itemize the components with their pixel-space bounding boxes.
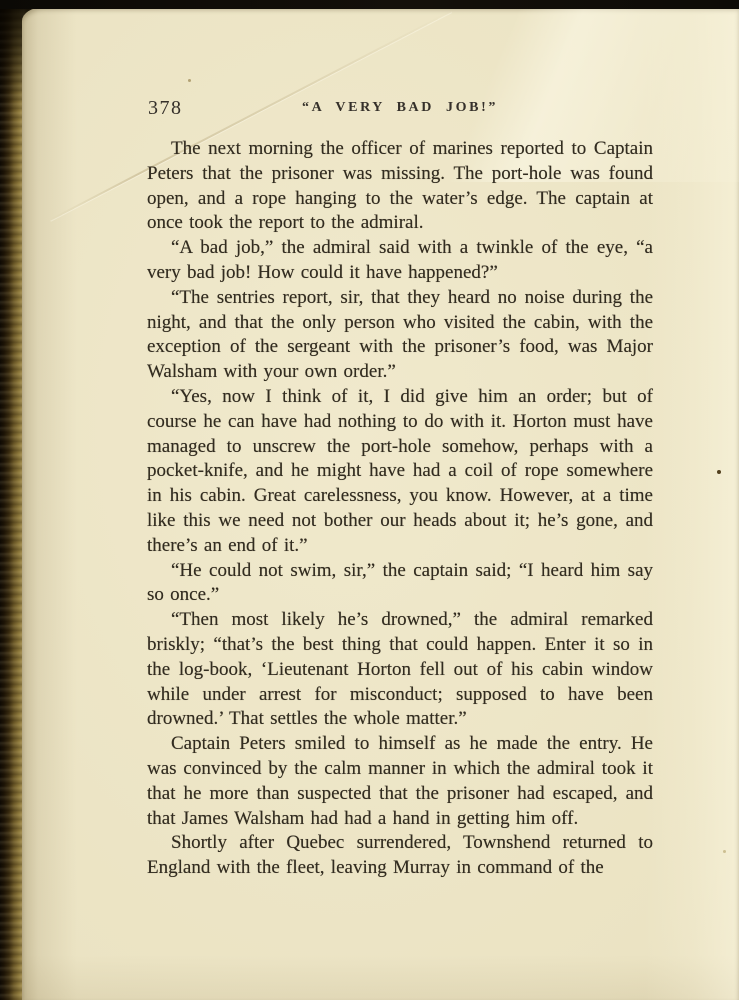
paragraph: The next morning the officer of marines …: [147, 137, 653, 236]
running-header: 378 “A VERY BAD JOB!”: [147, 94, 653, 124]
running-title: “A VERY BAD JOB!”: [147, 94, 653, 116]
printed-content: 378 “A VERY BAD JOB!” The next morning t…: [147, 94, 653, 881]
paper-speck: [723, 850, 726, 853]
paragraph: “Yes, now I think of it, I did give him …: [147, 385, 653, 559]
paper-speck: [188, 79, 191, 82]
scanner-edge: [0, 0, 739, 9]
paragraph: “Then most likely he’s drowned,” the adm…: [147, 608, 653, 732]
body-text: The next morning the officer of marines …: [147, 137, 653, 881]
book-scan: 378 “A VERY BAD JOB!” The next morning t…: [0, 0, 739, 1000]
paragraph: Captain Peters smiled to himself as he m…: [147, 732, 653, 831]
ink-speck: [717, 470, 721, 474]
paragraph: “He could not swim, sir,” the captain sa…: [147, 559, 653, 609]
paragraph: “A bad job,” the admiral said with a twi…: [147, 236, 653, 286]
page-number: 378: [148, 97, 183, 120]
paragraph: Shortly after Quebec surrendered, Townsh…: [147, 831, 653, 881]
paragraph: “The sentries report, sir, that they hea…: [147, 286, 653, 385]
